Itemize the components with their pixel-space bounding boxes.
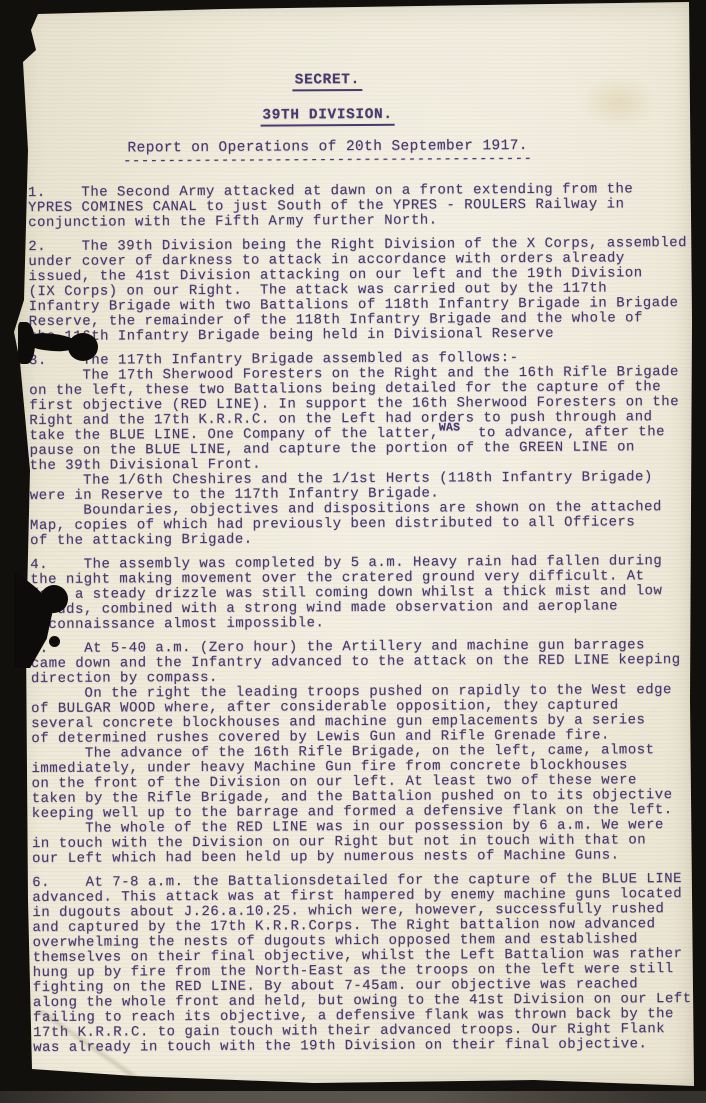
text-line: our Left which had been held up by numer…: [32, 848, 698, 867]
text-line: the 116th Infantry Brigade being held in…: [29, 326, 695, 345]
paragraph-3: 3. The 117th Infantry Brigade assembled …: [29, 350, 696, 549]
paragraph-2: 2. The 39th Division being the Right Div…: [28, 236, 695, 345]
text-line: reconnaissance almost impossible.: [31, 614, 697, 633]
title-divider: ----------------------------------------…: [28, 152, 628, 168]
classification-label: SECRET.: [293, 72, 362, 91]
punch-hole-middle: [40, 585, 68, 613]
scan-bottom-edge: [0, 1091, 706, 1103]
punch-hole-small-dot: [49, 636, 60, 647]
document-title: 39TH DIVISION.: [260, 107, 394, 127]
paragraph-5: 5. At 5-40 a.m. (Zero hour) the Artiller…: [31, 638, 698, 867]
text-line: was already in touch with the 19th Divis…: [33, 1037, 699, 1056]
punch-hole-top: [68, 333, 98, 361]
paper-sheet: SECRET. 39TH DIVISION. Report on Operati…: [14, 0, 696, 1092]
document-header: SECRET. 39TH DIVISION. Report on Operati…: [27, 68, 628, 168]
paragraph-6: 6. At 7-8 a.m. the Battalionsdetailed fo…: [32, 872, 699, 1056]
text-line: of the attacking Brigade.: [30, 530, 696, 549]
scanned-document-page: { "header": { "classification": "SECRET.…: [0, 0, 706, 1103]
typed-insertion: WAS: [439, 421, 460, 434]
paragraph-1: 1. The Second Army attacked at dawn on a…: [28, 182, 694, 231]
typed-content: SECRET. 39TH DIVISION. Report on Operati…: [11, 0, 700, 1094]
document-body: 1. The Second Army attacked at dawn on a…: [28, 182, 699, 1056]
text-line: conjunction with the Fifth Army further …: [28, 212, 694, 231]
paragraph-4: 4. The assembly was completed by 5 a.m. …: [30, 554, 696, 633]
